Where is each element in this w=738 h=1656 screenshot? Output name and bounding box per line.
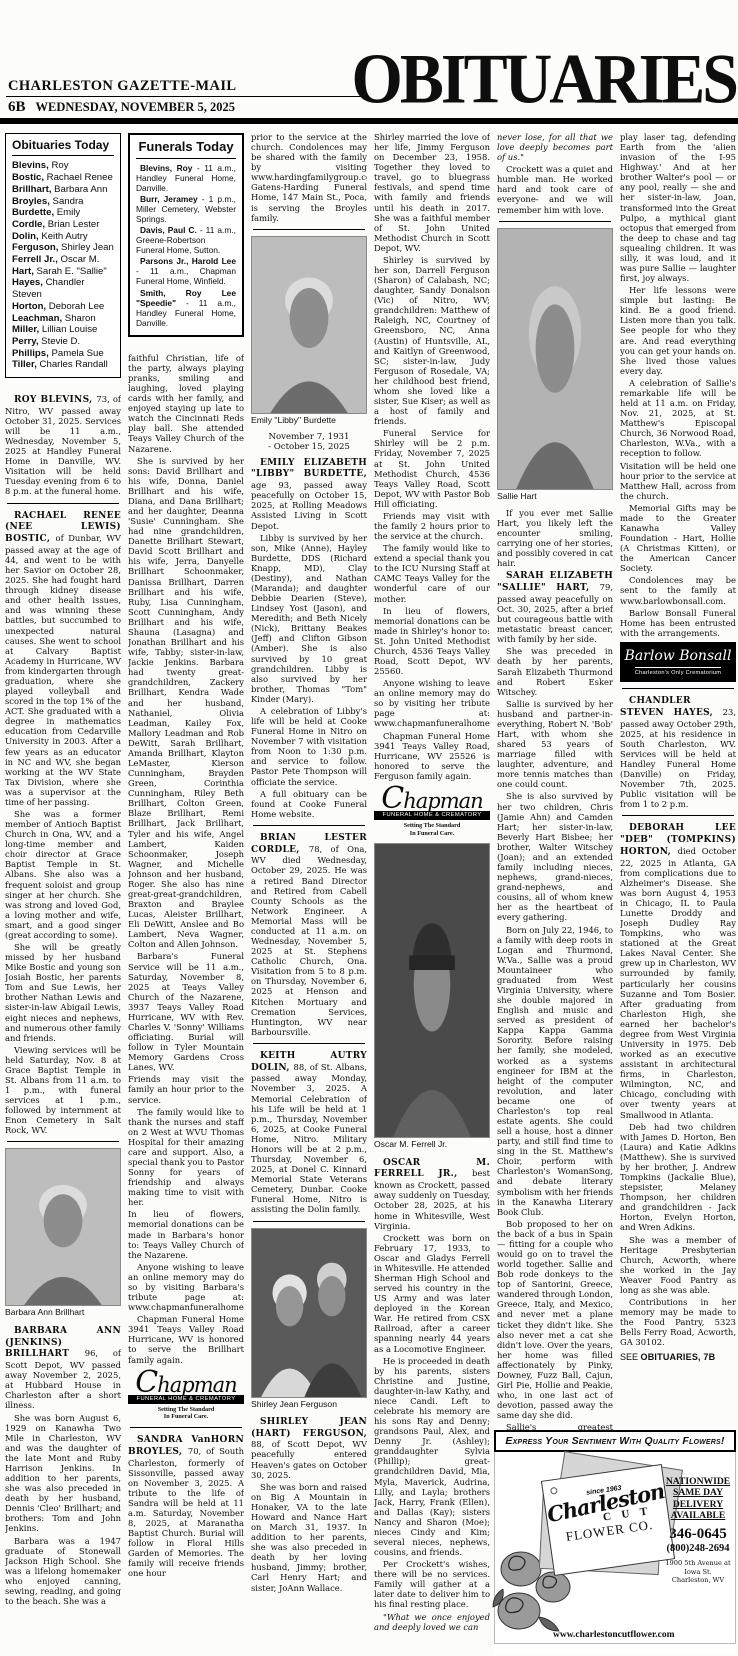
obituary-paragraph: Bob proposed to her on the back of a bus…	[497, 1219, 613, 1421]
obituary-index-entry: Hart, Sarah E. "Sallie"	[12, 266, 114, 278]
obituary-text: 88, of St. Albans, passed away Monday, N…	[251, 1062, 367, 1215]
phone-tollfree: (800)248-2694	[662, 1543, 734, 1554]
obituary-text: Barbara was a 1947 graduate of Stonewall…	[5, 1536, 121, 1606]
obituary-text: "What we once enjoyed and deeply loved w…	[374, 1612, 490, 1632]
obituary-text: She is also survived by her two children…	[497, 791, 613, 922]
obituary-text: 23, passed away October 29th, 2025, at h…	[620, 707, 736, 809]
entry-given-name: Barbara Ann	[51, 184, 107, 195]
photo-caption: Oscar M. Ferrell Jr.	[374, 1139, 490, 1149]
funerals-today-box: Funerals TodayBlevins, Roy - 11 a.m., Ha…	[128, 133, 244, 337]
chapman-logo-name: Chapman	[374, 784, 490, 814]
section-divider	[253, 825, 365, 826]
entry-surname: Leachman,	[12, 313, 62, 324]
section-divider	[7, 1141, 119, 1142]
obituary-paragraph: Anyone wishing to leave an online memory…	[128, 1262, 244, 1312]
obituary-paragraph: Friends may visit with the family 2 hour…	[374, 511, 490, 541]
obituary-text: The family would like to thank the nurse…	[128, 1107, 244, 1208]
obituary-text: Deb had two children with James D. Horto…	[620, 1122, 736, 1233]
obituary-paragraph: She was a former member of Antioch Bapti…	[5, 809, 121, 940]
obituary-paragraph: Funeral Service for Shirley will be 2 p.…	[374, 428, 490, 509]
section-masthead: OBITUARIES	[352, 44, 736, 115]
obituary-text: Chapman Funeral Home 3941 Teays Valley R…	[128, 1314, 244, 1364]
section-divider	[253, 229, 365, 230]
obituary-paragraph: He is proceeded in death by his parents,…	[374, 1356, 490, 1558]
obituary-paragraph: faithful Christian, life of the party, a…	[128, 353, 244, 454]
obituary-index-entry: Broyles, Sandra	[12, 196, 114, 208]
entry-surname: Hayes,	[12, 277, 43, 288]
obituary-text: never lose, for all that we love deeply …	[497, 132, 613, 162]
entry-given-name: Charles Randall	[37, 359, 108, 370]
obituary-text: 73, of Nitro, WV passed away October 31,…	[5, 394, 121, 496]
obituary-index-entry: Phillips, Pamela Sue	[12, 348, 114, 360]
barlow-logo-name: Barlow Bonsall	[623, 649, 733, 664]
deceased-name: SARAH ELIZABETH "SALLIE" HART,	[497, 571, 613, 593]
obituary-index-entry: Horton, Deborah Lee	[12, 301, 114, 313]
obituary-paragraph: Barbara was a 1947 graduate of Stonewall…	[5, 1536, 121, 1607]
obituary-paragraph: In lieu of flowers, memorial donations c…	[128, 1209, 244, 1259]
entry-surname: Ferrell Jr.,	[12, 254, 58, 265]
obituary-index-entry: Ferguson, Shirley Jean	[12, 242, 114, 254]
obituary-text: play laser tag, defending Earth from the…	[620, 132, 736, 283]
obituary-text: Sallie is survived by her husband and pa…	[497, 699, 613, 790]
obituary-opening-paragraph: RACHAEL RENEE (NEE LEWIS) BOSTIC, of Dun…	[5, 510, 121, 807]
portrait-illustration	[375, 844, 489, 1137]
entry-surname: Bostic,	[12, 172, 44, 183]
entry-surname: Dolin,	[12, 231, 39, 242]
section-divider	[622, 688, 734, 689]
ad-contact-block: NATIONWIDE SAME DAY DELIVERY AVAILABLE 3…	[662, 1476, 734, 1585]
funerals-today-title: Funerals Today	[136, 139, 236, 159]
obituary-text: Shirley married the love of her life, Ji…	[374, 132, 490, 253]
obituary-text: age 93, passed away peacefully on Octobe…	[251, 480, 367, 530]
obituary-text: 78, of Ona, WV died Wednesday, October 2…	[251, 844, 367, 1037]
obituary-paragraph: She was born August 6, 1929 on Kanawha T…	[5, 1413, 121, 1534]
portrait-illustration	[6, 1149, 120, 1305]
obituary-text: Shirley is survived by her son, Darrell …	[374, 255, 490, 426]
obituary-paragraph: Memorial Gifts may be made to the Greate…	[620, 503, 736, 574]
entry-surname: Phillips,	[12, 348, 49, 359]
obituary-paragraph: "What we once enjoyed and deeply loved w…	[374, 1612, 490, 1632]
obituary-photo	[5, 1148, 121, 1306]
funeral-name: Blevins, Roy	[140, 163, 192, 173]
entry-surname: Brillhart,	[12, 184, 51, 195]
folio-line: 6BWEDNESDAY, NOVEMBER 5, 2025	[8, 99, 235, 116]
obituary-text: Funeral Service for Shirley will be 2 p.…	[374, 428, 490, 509]
obituary-paragraph: Her life lessons were simple but lasting…	[620, 285, 736, 376]
entry-surname: Cordle,	[12, 219, 45, 230]
obituary-text: Born on July 22, 1946, to a family with …	[497, 925, 613, 1217]
entry-surname: Ferguson,	[12, 242, 58, 253]
chapman-logo-name: Chapman	[128, 1368, 244, 1398]
news-column-4: Shirley married the love of her life, Ji…	[374, 132, 490, 1656]
obituary-index-entry: Cordle, Brian Lester	[12, 219, 114, 231]
columns: Obituaries TodayBlevins, RoyBostic, Rach…	[0, 132, 738, 1656]
funeral-index-entry: Smith, Roy Lee "Speedie" - 11 a.m., Hand…	[136, 288, 236, 328]
obituary-text: Crockett was a quiet and humble man. He …	[497, 164, 613, 214]
obituary-text: Anyone wishing to leave an online memory…	[128, 1262, 244, 1312]
obituary-paragraph: Born on July 22, 1946, to a family with …	[497, 925, 613, 1217]
funeral-name: Parsons Jr., Harold Lee	[140, 256, 236, 266]
obituary-paragraph: She was a member of Heritage Presbyteria…	[620, 1235, 736, 1295]
obituary-paragraph: She was preceded in death by her parents…	[497, 646, 613, 696]
obituaries-today-title: Obituaries Today	[12, 138, 114, 156]
obituary-paragraph: Barlow Bonsall Funeral Home has been ent…	[620, 608, 736, 638]
obituary-paragraph: A celebration of Libby's life will be he…	[251, 706, 367, 787]
flower-shop-ad: Express Your Sentiment With Quality Flow…	[494, 1430, 736, 1654]
header-thin-rule	[6, 96, 364, 97]
obituary-opening-paragraph: CHANDLER STEVEN HAYES, 23, passed away O…	[620, 695, 736, 809]
obituary-text: He is proceeded in death by his parents,…	[374, 1356, 490, 1557]
obituary-text: Chapman Funeral Home 3941 Teays Valley R…	[374, 731, 490, 781]
obituary-index-entry: Blevins, Roy	[12, 160, 114, 172]
obituary-text: faithful Christian, life of the party, a…	[128, 353, 244, 454]
deceased-name: CHANDLER STEVEN HAYES,	[620, 696, 723, 718]
obituary-text: Friends may visit the family an hour pri…	[128, 1074, 244, 1104]
obituary-text: Anyone wishing to leave an online memory…	[374, 678, 490, 728]
obituary-opening-paragraph: SANDRA VanHORN BROYLES, 70, of South Cha…	[128, 1434, 244, 1579]
obituary-text: In lieu of flowers, memorial donations c…	[374, 606, 490, 676]
obituary-opening-paragraph: BARBARA ANN (JENKINS) BRILLHART 96, of S…	[5, 1325, 121, 1411]
obituary-text: She was a former member of Antioch Bapti…	[5, 809, 121, 940]
obituary-text: She will be greatly missed by her husban…	[5, 942, 121, 1043]
obituary-text: Per Crockett's wishes, there will be no …	[374, 1559, 490, 1609]
brand-card: since 1963 Charleston C U T FLOWER CO.	[541, 1464, 675, 1576]
entry-given-name: Roy	[49, 160, 69, 171]
obituary-paragraph: Crockett was born on February 17, 1933, …	[374, 1233, 490, 1354]
obituary-paragraph: The family would like to thank the nurse…	[128, 1107, 244, 1208]
birth-death-dates: November 7, 1931 - October 15, 2025	[251, 432, 367, 453]
entry-given-name: Stevie D.	[39, 336, 81, 347]
section-divider	[622, 815, 734, 816]
obituary-index-entry: Burdette, Emily	[12, 207, 114, 219]
obituary-opening-paragraph: SARAH ELIZABETH "SALLIE" HART, 79, passe…	[497, 570, 613, 644]
obituary-opening-paragraph: OSCAR M. FERRELL JR., best known as Croc…	[374, 1157, 490, 1231]
obituary-text: prior to the service at the church. Cond…	[251, 132, 367, 223]
obituary-text: In lieu of flowers, memorial donations c…	[128, 1209, 244, 1259]
section-divider	[7, 503, 119, 504]
ad-body: since 1963 Charleston C U T FLOWER CO. N…	[494, 1452, 736, 1644]
section-divider	[499, 221, 611, 222]
photo-caption: Barbara Ann Brillhart	[5, 1307, 121, 1317]
obituary-paragraph: Friends may visit the family an hour pri…	[128, 1074, 244, 1104]
obituary-paragraph: She was born and raised on Big A Mountai…	[251, 1482, 367, 1593]
barlow-logo-tagline: Charleston's Only Crematorium	[635, 667, 722, 677]
obituary-paragraph: A celebration of Sallie's remarkable lif…	[620, 378, 736, 459]
obituary-paragraph: The family would like to extend a specia…	[374, 543, 490, 603]
entry-given-name: Sarah E. "Sallie"	[34, 266, 107, 277]
funeral-index-entry: Burr, Jeramey - 1 p.m., Miller Cemetery,…	[136, 194, 236, 224]
obituary-photo	[251, 1228, 367, 1398]
header-thick-rule	[0, 118, 738, 124]
section-divider	[253, 1221, 365, 1222]
portrait-illustration	[252, 237, 366, 413]
obituary-text: If you ever met Sallie Hart, you likely …	[497, 508, 613, 568]
entry-given-name: Keith Autry	[39, 231, 88, 242]
obituaries-today-box: Obituaries TodayBlevins, RoyBostic, Rach…	[5, 133, 121, 378]
obituary-photo	[374, 843, 490, 1138]
obituary-paragraph: prior to the service at the church. Cond…	[251, 132, 367, 223]
entry-given-name: Lillian Louise	[39, 324, 97, 335]
news-column-1: Obituaries TodayBlevins, RoyBostic, Rach…	[5, 132, 121, 1656]
news-column-3: prior to the service at the church. Cond…	[251, 132, 367, 1656]
obituary-text: She was preceded in death by her parents…	[497, 646, 613, 696]
obituary-text: A celebration of Sallie's remarkable lif…	[620, 378, 736, 459]
obituary-text: Contributions in her memory may be made …	[620, 1297, 736, 1347]
chapman-logo-banner: FUNERAL HOME & CREMATORY	[374, 811, 490, 820]
entry-given-name: Brian Lester	[45, 219, 99, 230]
obituary-index-entry: Ferrell Jr., Oscar M.	[12, 254, 114, 266]
chapman-funeral-home-logo: ChapmanFUNERAL HOME & CREMATORYSetting T…	[374, 784, 490, 837]
delivery-text: NATIONWIDE SAME DAY DELIVERY AVAILABLE	[662, 1476, 734, 1521]
obituary-text: She was a member of Heritage Presbyteria…	[620, 1235, 736, 1295]
obituary-paragraph: never lose, for all that we love deeply …	[497, 132, 613, 162]
obituary-text: A full obituary can be found at Cooke Fu…	[251, 789, 367, 819]
obituary-text: Barbara's Funeral Service will be 11 a.m…	[128, 951, 244, 1072]
obituary-paragraph: Contributions in her memory may be made …	[620, 1297, 736, 1347]
obituary-paragraph: Viewing services will be held Saturday, …	[5, 1045, 121, 1136]
photo-caption: Shirley Jean Ferguson	[251, 1399, 367, 1409]
obituary-photo	[497, 228, 613, 490]
obituary-paragraph: Deb had two children with James D. Horto…	[620, 1122, 736, 1233]
entry-given-name: Sandra	[50, 196, 84, 207]
obituary-text: Memorial Gifts may be made to the Greate…	[620, 503, 736, 573]
obituary-paragraph: Shirley married the love of her life, Ji…	[374, 132, 490, 253]
entry-given-name: Rachael Renee	[44, 172, 113, 183]
deceased-name: SHIRLEY JEAN (HART) FERGUSON,	[251, 1417, 367, 1439]
obituary-paragraph: In lieu of flowers, memorial donations c…	[374, 606, 490, 677]
obituary-text: Visitation will be held one hour prior t…	[620, 461, 736, 501]
news-column-6: play laser tag, defending Earth from the…	[620, 132, 736, 1656]
photo-caption: Emily "Libby" Burdette	[251, 415, 367, 425]
obituary-index-entry: Dolin, Keith Autry	[12, 231, 114, 243]
obituary-index-entry: Perry, Stevie D.	[12, 336, 114, 348]
section-divider	[253, 1043, 365, 1044]
store-address: 1900 5th Avenue at Iowa St. Charleston, …	[662, 1559, 734, 1585]
obituary-paragraph: She is also survived by her two children…	[497, 791, 613, 922]
barlow-bonsall-logo: Barlow BonsallCharleston's Only Cremator…	[620, 642, 736, 682]
deceased-name: EMILY ELIZABETH "LIBBY" BURDETTE,	[251, 458, 367, 480]
obituary-paragraph: Sallie is survived by her husband and pa…	[497, 699, 613, 790]
obituary-opening-paragraph: KEITH AUTRY DOLIN, 88, of St. Albans, pa…	[251, 1050, 367, 1215]
obituary-paragraph: Condolences may be sent to the family at…	[620, 575, 736, 605]
obituary-photo	[251, 236, 367, 414]
obituary-text: Condolences may be sent to the family at…	[620, 575, 736, 605]
obituary-text: Crockett was born on February 17, 1933, …	[374, 1233, 490, 1354]
funeral-name: Davis, Paul C.	[140, 225, 197, 235]
obituary-text: A celebration of Libby's life will be he…	[251, 706, 367, 787]
obituary-opening-paragraph: EMILY ELIZABETH "LIBBY" BURDETTE, age 93…	[251, 457, 367, 531]
obituary-text: The family would like to extend a specia…	[374, 543, 490, 603]
obituary-text: of Dunbar, WV passed away at the age of …	[5, 533, 121, 807]
obituary-text: Barlow Bonsall Funeral Home has been ent…	[620, 608, 736, 638]
obituary-paragraph: She is survived by her sons: David Brill…	[128, 456, 244, 950]
obituary-index-entry: Brillhart, Barbara Ann	[12, 184, 114, 196]
obituary-text: 70, of South Charleston, formerly of Sis…	[128, 1446, 244, 1579]
obituary-paragraph: Crockett was a quiet and humble man. He …	[497, 164, 613, 214]
obituary-text: Bob proposed to her on the back of a bus…	[497, 1219, 613, 1420]
page-number: 6B	[8, 99, 26, 115]
obituary-paragraph: play laser tag, defending Earth from the…	[620, 132, 736, 283]
entry-given-name: Emily	[54, 207, 80, 218]
obituary-opening-paragraph: DEBORAH LEE "DEB" (TOMPKINS) HORTON, die…	[620, 822, 736, 1119]
photo-caption: Sallie Hart	[497, 491, 613, 501]
obituary-text: 88, of Scott Depot, WV peacefully entere…	[251, 1439, 367, 1479]
phone-local: 346-0645	[662, 1526, 734, 1543]
entry-given-name: Oscar M.	[58, 254, 100, 265]
obituary-paragraph: Shirley is survived by her son, Darrell …	[374, 255, 490, 426]
obituary-paragraph: Barbara's Funeral Service will be 11 a.m…	[128, 951, 244, 1072]
entry-surname: Blevins,	[12, 160, 49, 171]
obituary-paragraph: If you ever met Sallie Hart, you likely …	[497, 508, 613, 568]
see-target: OBITUARIES, 7B	[641, 1352, 716, 1362]
entry-given-name: Sharon	[62, 313, 96, 324]
obituary-paragraph: Chapman Funeral Home 3941 Teays Valley R…	[128, 1314, 244, 1364]
obituary-index-entry: Bostic, Rachael Renee	[12, 172, 114, 184]
see-prefix: SEE	[620, 1352, 641, 1362]
entry-surname: Miller,	[12, 324, 39, 335]
portrait-illustration	[498, 229, 612, 489]
entry-surname: Tiller,	[12, 359, 37, 370]
obituary-text: Friends may visit with the family 2 hour…	[374, 511, 490, 541]
obituary-opening-paragraph: SHIRLEY JEAN (HART) FERGUSON, 88, of Sco…	[251, 1416, 367, 1480]
obituary-paragraph: A full obituary can be found at Cooke Fu…	[251, 789, 367, 819]
obituary-paragraph: Visitation will be held one hour prior t…	[620, 461, 736, 501]
deceased-name: ROY BLEVINS,	[14, 395, 96, 405]
chapman-logo-tagline: Setting The Standard In Funeral Care.	[128, 1406, 244, 1422]
obituary-paragraph: Per Crockett's wishes, there will be no …	[374, 1559, 490, 1609]
obituary-index-entry: Hayes, Chandler Steven	[12, 277, 114, 300]
chapman-logo-tagline: Setting The Standard In Funeral Care.	[374, 822, 490, 838]
obituary-index-entry: Miller, Lillian Louise	[12, 324, 114, 336]
entry-surname: Burdette,	[12, 207, 54, 218]
obituary-index-entry: Tiller, Charles Randall	[12, 359, 114, 371]
entry-given-name: Pamela Sue	[49, 348, 104, 359]
section-divider	[130, 1427, 242, 1428]
obituary-text: Her life lessons were simple but lasting…	[620, 285, 736, 376]
entry-surname: Perry,	[12, 336, 39, 347]
obituary-text: Libby is survived by her son, Mike (Anne…	[251, 533, 367, 704]
portrait-illustration	[252, 1229, 366, 1397]
obituary-paragraph: Libby is survived by her son, Mike (Anne…	[251, 533, 367, 704]
entry-surname: Broyles,	[12, 196, 50, 207]
obituary-paragraph: She will be greatly missed by her husban…	[5, 942, 121, 1043]
chapman-logo-banner: FUNERAL HOME & CREMATORY	[128, 1395, 244, 1404]
funeral-index-entry: Davis, Paul C. - 11 a.m., Greene-Roberts…	[136, 225, 236, 255]
store-url: www.charlestoncutflower.com	[553, 1630, 675, 1640]
entry-surname: Hart,	[12, 266, 34, 277]
obituary-text: died October 22, 2025 in Atlanta, GA fro…	[620, 846, 736, 1120]
entry-surname: Horton,	[12, 301, 46, 312]
newspaper-name: CHARLESTON GAZETTE-MAIL	[8, 78, 237, 95]
entry-given-name: Shirley Jean	[58, 242, 113, 253]
obituary-index-entry: Leachman, Sharon	[12, 313, 114, 325]
obituary-text: She was born August 6, 1929 on Kanawha T…	[5, 1413, 121, 1534]
obituary-text: She was born and raised on Big A Mountai…	[251, 1482, 367, 1593]
date-line: WEDNESDAY, NOVEMBER 5, 2025	[36, 100, 235, 114]
news-column-5: never lose, for all that we love deeply …	[497, 132, 613, 1656]
obituary-text: Viewing services will be held Saturday, …	[5, 1045, 121, 1136]
obituary-paragraph: Anyone wishing to leave an online memory…	[374, 678, 490, 728]
continued-on-page-note: SEE OBITUARIES, 7B	[620, 1352, 736, 1363]
obituary-paragraph: Chapman Funeral Home 3941 Teays Valley R…	[374, 731, 490, 781]
ad-banner-slogan: Express Your Sentiment With Quality Flow…	[494, 1430, 736, 1452]
entry-given-name: Deborah Lee	[46, 301, 104, 312]
obituary-opening-paragraph: ROY BLEVINS, 73, of Nitro, WV passed awa…	[5, 394, 121, 497]
funeral-index-entry: Parsons Jr., Harold Lee - 11 a.m., Chapm…	[136, 256, 236, 286]
chapman-funeral-home-logo: ChapmanFUNERAL HOME & CREMATORYSetting T…	[128, 1368, 244, 1421]
obituary-opening-paragraph: BRIAN LESTER CORDLE, 78, of Ona, WV died…	[251, 832, 367, 1037]
funeral-index-entry: Blevins, Roy - 11 a.m., Handley Funeral …	[136, 163, 236, 193]
news-column-2: Funerals TodayBlevins, Roy - 11 a.m., Ha…	[128, 132, 244, 1656]
funeral-detail: - 11 a.m., Chapman Funeral Home, Winfiel…	[136, 266, 236, 286]
obituary-text: She is survived by her sons: David Brill…	[128, 456, 244, 950]
funeral-name: Burr, Jeramey	[140, 194, 198, 204]
